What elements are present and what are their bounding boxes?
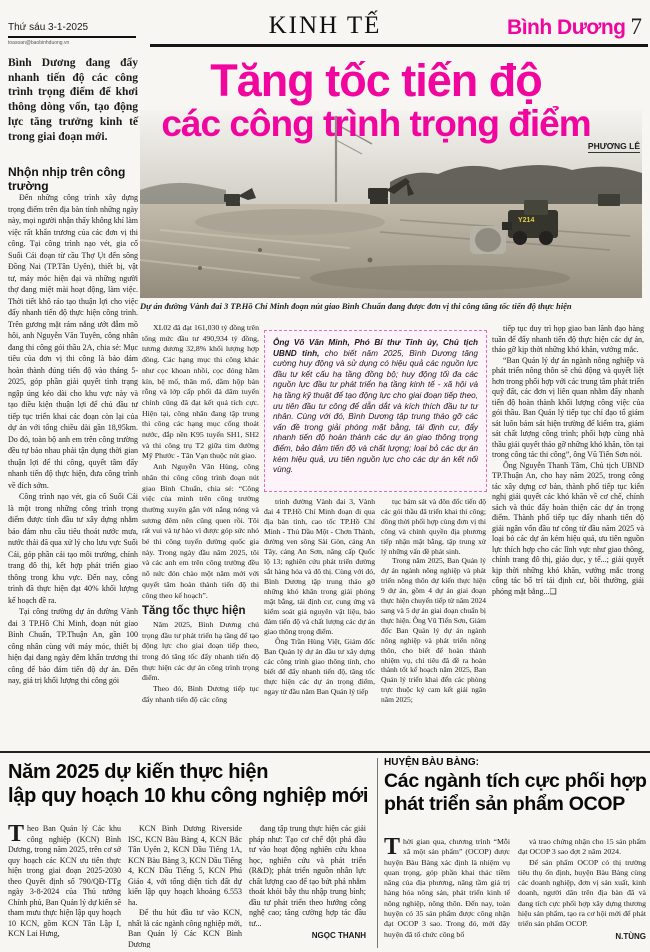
section-title: KINH TẾ xyxy=(170,12,480,40)
feature-subhead-1: Nhộn nhịp trên công trường xyxy=(8,166,138,194)
ocop-column-1: Thời gian qua, chương trình “Mỗi xã một … xyxy=(384,837,510,949)
feature-column-2: XL02 đã đạt 161,030 tỷ đồng trên tổng mứ… xyxy=(142,323,259,752)
kcn-article-title: Năm 2025 dự kiến thực hiện lập quy hoạch… xyxy=(8,760,374,809)
paragraph: Đến những công trình xây dựng trọng điểm… xyxy=(8,192,138,491)
bottom-section-rule xyxy=(0,751,650,753)
contact-email: toasoan@baobinhduong.vn xyxy=(8,40,69,46)
newspaper-page: Thứ sáu 3-1-2025 toasoan@baobinhduong.vn… xyxy=(0,0,650,952)
paragraph: Năm 2025, Bình Dương chú trọng đầu tư ph… xyxy=(142,620,259,684)
bottom-column-divider xyxy=(377,758,378,948)
feature-headline: Tăng tốc tiến độ các công trình trọng đi… xyxy=(140,58,612,144)
paragraph: Ông Nguyễn Thanh Tâm, Chủ tịch UBND TP.T… xyxy=(492,461,644,598)
issue-date: Thứ sáu 3-1-2025 xyxy=(8,22,88,33)
paragraph: “Ban Quản lý dự án ngành nông nghiệp và … xyxy=(492,356,644,461)
roller-model-label: Y214 xyxy=(518,217,534,224)
paragraph: Thời gian qua, chương trình “Mỗi xã một … xyxy=(384,837,510,940)
paragraph: Để sản phẩm OCOP có thị trường tiêu thụ … xyxy=(518,858,646,930)
feature-column-3: trình đường Vành đai 3, Vành đai 4 TP.Hồ… xyxy=(264,497,375,753)
ocop-title-line-1: Các ngành tích cực phối hợp xyxy=(384,770,648,793)
masthead: Bình Dương 7 xyxy=(507,14,642,40)
paragraph: KCN Bình Dương Riverside ISC, KCN Bàu Bà… xyxy=(128,824,242,908)
paragraph: Theo đó, Bình Dương tiếp tục đẩy nhanh t… xyxy=(142,684,259,705)
brand-logo: Bình Dương xyxy=(507,16,625,40)
author-byline: PHƯƠNG LÊ xyxy=(588,141,640,153)
feature-subhead-2: Tăng tốc thực hiện xyxy=(142,605,259,618)
paragraph: XL02 đã đạt 161,030 tỷ đồng trên tổng mứ… xyxy=(142,323,259,462)
feature-column-1: Đến những công trình xây dựng trọng điểm… xyxy=(8,192,138,749)
paragraph: Anh Nguyễn Văn Hùng, công nhân thi công … xyxy=(142,462,259,601)
ocop-kicker: HUYỆN BÀU BÀNG: xyxy=(384,757,479,768)
feature-lede: Bình Dương đang đẩy nhanh tiến độ các cô… xyxy=(8,56,138,144)
date-rule xyxy=(8,36,136,38)
paragraph: Theo Ban Quản lý Các khu công nghiệp (KC… xyxy=(8,824,121,940)
kcn-column-3: đang tập trung thực hiện các giải pháp n… xyxy=(249,824,366,948)
headline-line-1: Tăng tốc tiến độ xyxy=(140,58,612,103)
feature-column-5: tiếp tục duy trì họp giao ban lãnh đạo h… xyxy=(492,324,644,746)
kcn-title-line-2: lập quy hoạch 10 khu công nghiệp mới xyxy=(8,784,374,808)
paragraph: Để thu hút đầu tư vào KCN, nhất là các n… xyxy=(128,908,242,948)
paragraph: Trong năm 2025, Ban Quản lý dự án ngành … xyxy=(381,556,486,705)
paragraph: Ông Trần Hùng Việt, Giám đốc Ban Quản lý… xyxy=(264,637,375,697)
kcn-byline: NGỌC THANH xyxy=(249,931,366,942)
kcn-column-1: Theo Ban Quản lý Các khu công nghiệp (KC… xyxy=(8,824,121,948)
paragraph: tục bám sát và đôn đốc tiến độ các gói t… xyxy=(381,497,486,556)
paragraph: đang tập trung thực hiện các giải pháp n… xyxy=(249,824,366,929)
paragraph: trình đường Vành đai 3, Vành đai 4 TP.Hồ… xyxy=(264,497,375,637)
kcn-title-line-1: Năm 2025 dự kiến thực hiện xyxy=(8,760,374,784)
paragraph: và trao chứng nhận cho 15 sản phẩm đạt O… xyxy=(518,837,646,858)
photo-caption: Dự án đường Vành đai 3 TP.Hồ Chí Minh đo… xyxy=(140,301,646,311)
ocop-article-title: Các ngành tích cực phối hợp phát triển s… xyxy=(384,770,648,817)
paragraph: tiếp tục duy trì họp giao ban lãnh đạo h… xyxy=(492,324,644,356)
kcn-column-2: KCN Bình Dương Riverside ISC, KCN Bàu Bà… xyxy=(128,824,242,948)
ocop-title-line-2: phát triển sản phẩm OCOP xyxy=(384,793,648,816)
feature-column-4: tục bám sát và đôn đốc tiến độ các gói t… xyxy=(381,497,486,753)
paragraph: Tại công trường dự án đường Vành đai 3 T… xyxy=(8,606,138,687)
quote-text: cho biết năm 2025, Bình Dương tăng cường… xyxy=(273,349,478,475)
header-rule xyxy=(150,44,648,47)
ocop-column-2: và trao chứng nhận cho 15 sản phẩm đạt O… xyxy=(518,837,646,949)
ocop-byline: N.TÙNG xyxy=(518,932,646,942)
page-number: 7 xyxy=(631,14,643,40)
paragraph: Công trình nạo vét, gia cố Suối Cái là m… xyxy=(8,491,138,606)
pull-quote-box: Ông Võ Văn Minh, Phó Bí thư Tỉnh ủy, Chủ… xyxy=(264,330,487,492)
headline-line-2: các công trình trọng điểm xyxy=(140,103,612,144)
